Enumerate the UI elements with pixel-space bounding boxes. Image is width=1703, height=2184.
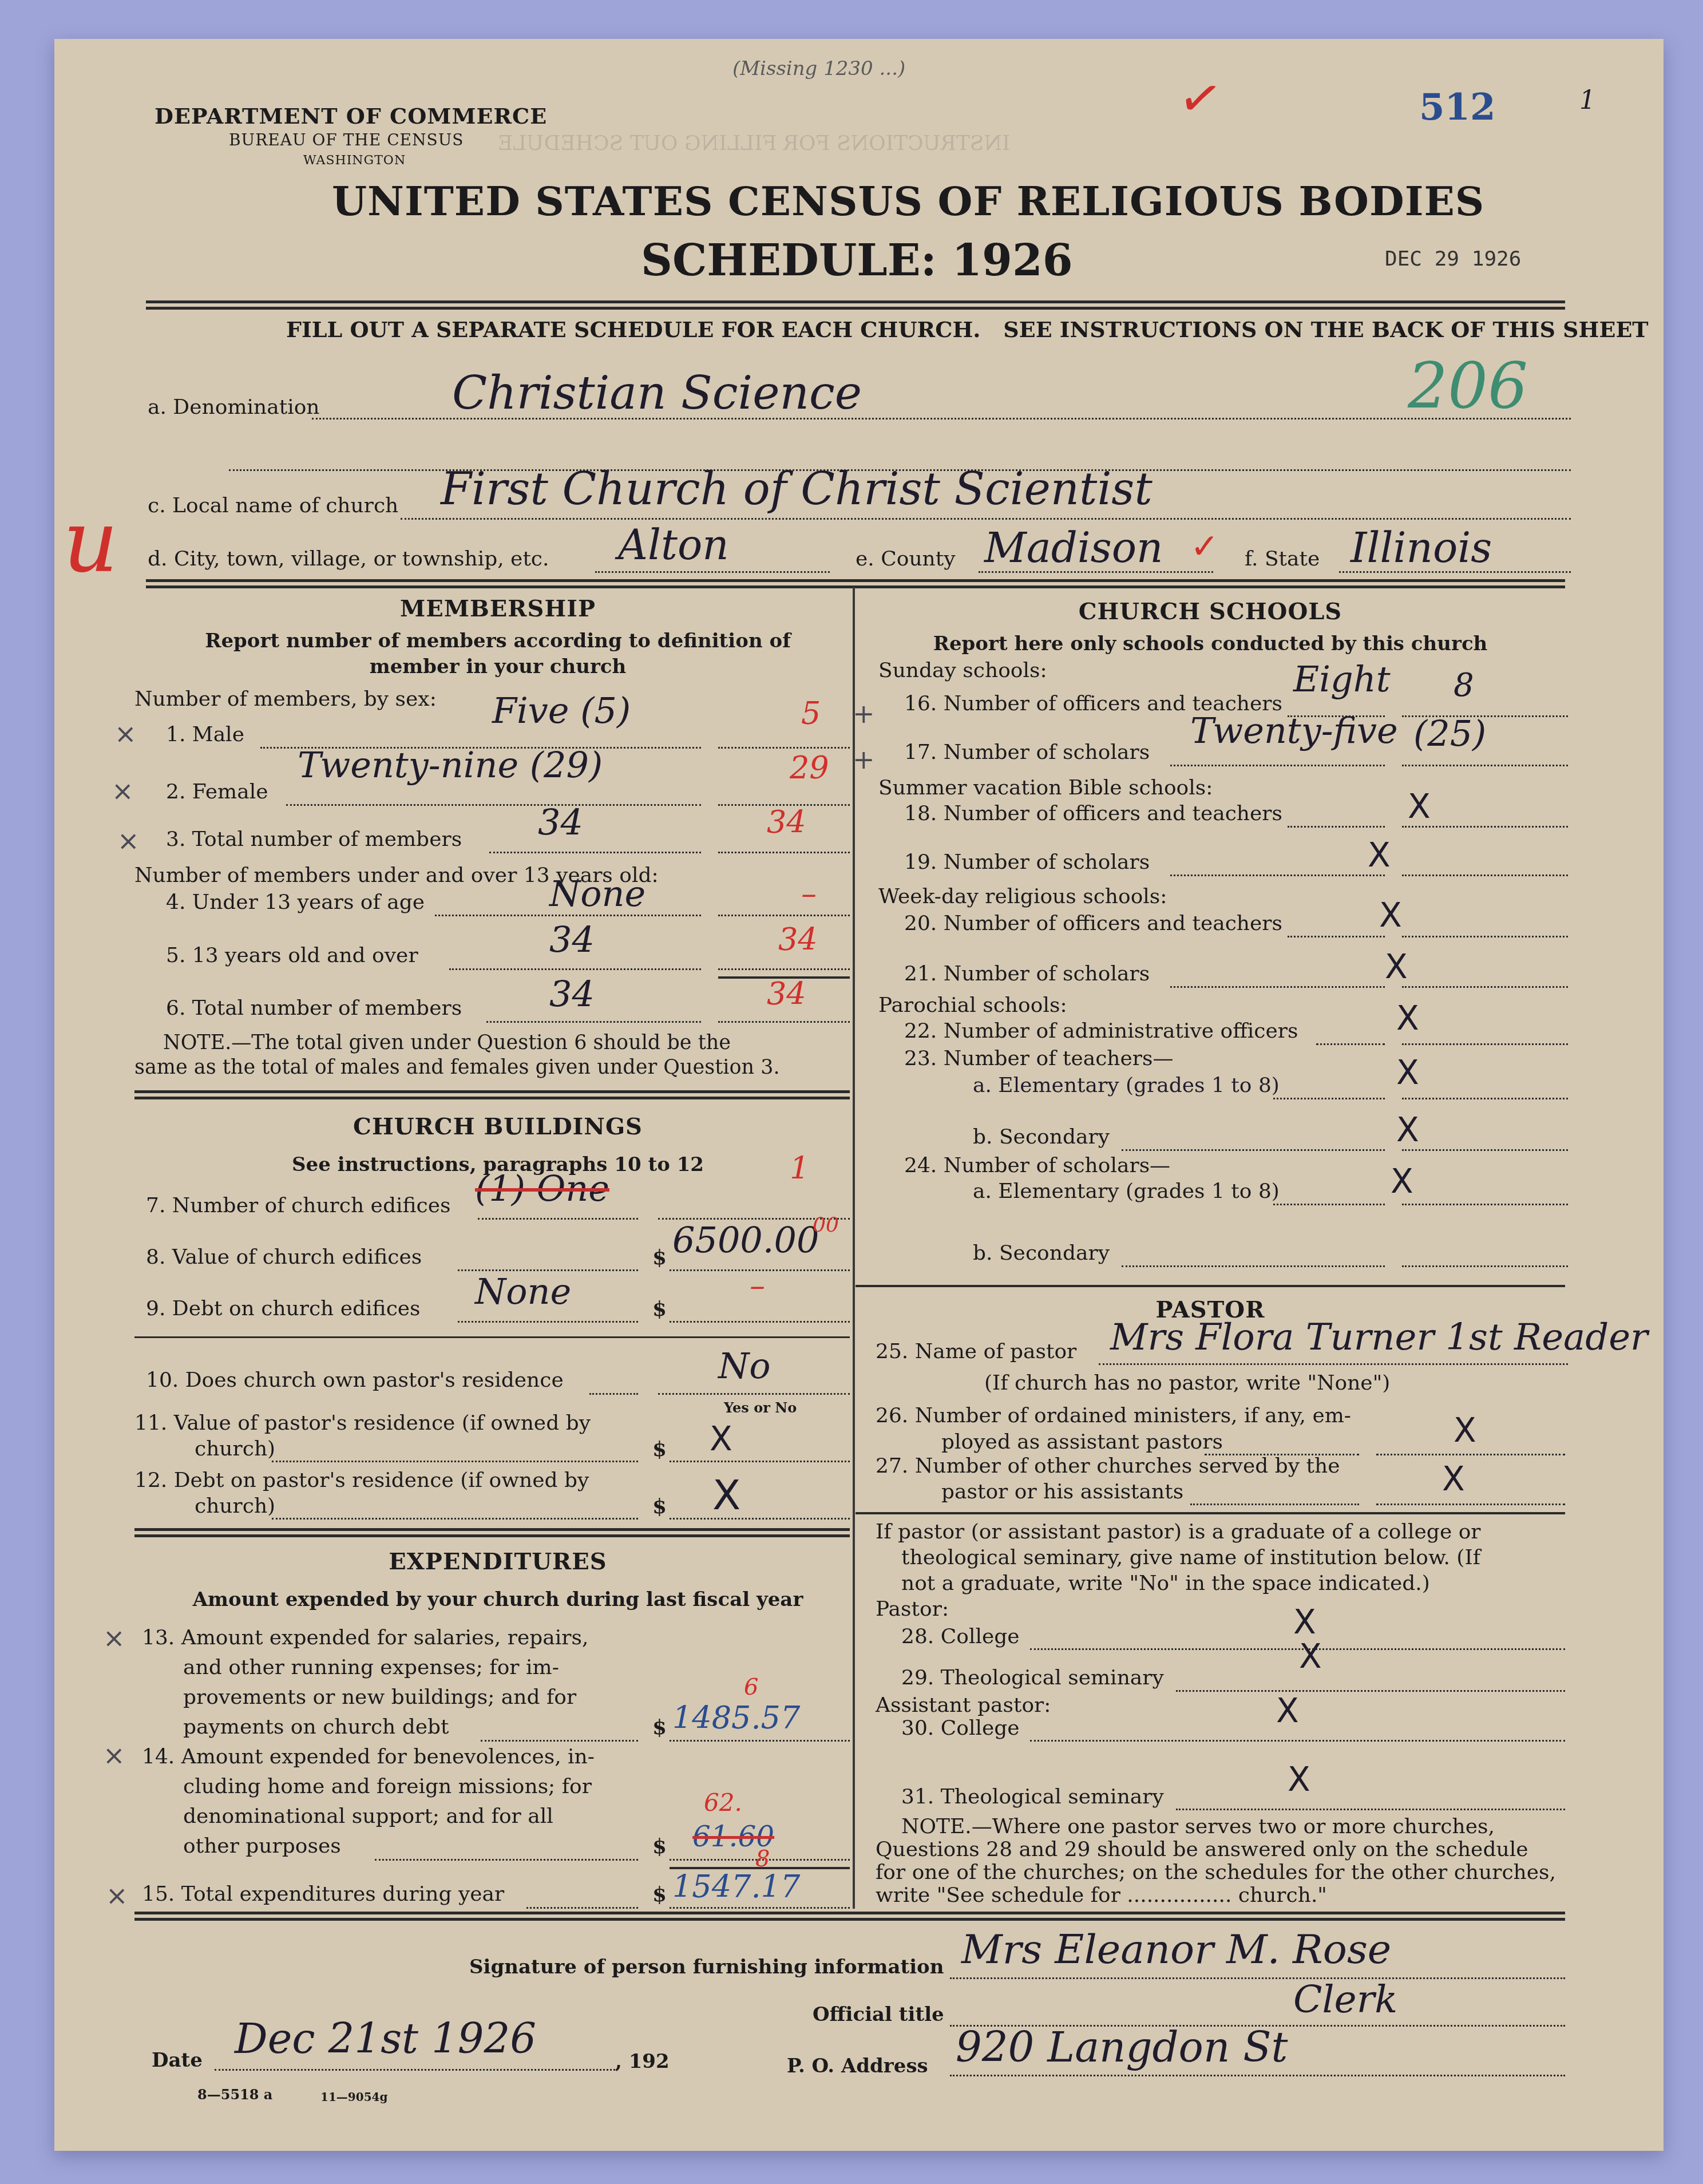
total-members-field[interactable]: 34: [538, 801, 583, 843]
q13-line-4: payments on church debt: [183, 1715, 449, 1740]
official-title-label: Official title: [813, 2002, 944, 2027]
denomination-label: a. Denomination: [148, 395, 320, 420]
over13-label: 5. 13 years old and over: [166, 943, 418, 968]
q18-label: 18. Number of officers and teachers: [904, 801, 1282, 826]
q19-label: 19. Number of scholars: [904, 850, 1150, 875]
edifices-debt-check: –: [750, 1268, 765, 1304]
q14-line: [375, 1859, 638, 1861]
q13-line-3: provements or new buildings; and for: [183, 1685, 576, 1710]
q24-label: 24. Number of scholars—: [904, 1153, 1170, 1178]
total-members-check: 34: [767, 804, 806, 840]
membership-subtitle-2: member in your church: [146, 655, 850, 678]
q15-amount-line: [670, 1907, 850, 1909]
male-field[interactable]: Five (5): [492, 690, 631, 731]
q27-answer-line: [1376, 1504, 1565, 1505]
total-members-6-check: 34: [767, 976, 806, 1012]
pastor-note-4: write "See schedule for ................…: [876, 1883, 1327, 1908]
sunday-schools-heading: Sunday schools:: [878, 658, 1047, 683]
address-line: [950, 2075, 1565, 2076]
membership-double-rule: [134, 1090, 850, 1099]
denomination-field[interactable]: Christian Science: [452, 366, 862, 420]
county-label: e. County: [856, 547, 956, 572]
q19-check-line: [1402, 875, 1568, 876]
residence-value-dollar: $: [652, 1437, 667, 1462]
edifices-debt-line: [458, 1321, 638, 1323]
pastor-note-2: Questions 28 and 29 should be answered o…: [876, 1837, 1528, 1862]
under13-label: 4. Under 13 years of age: [166, 890, 425, 915]
q21-check-line: [1402, 986, 1568, 988]
green-code: 206: [1408, 349, 1528, 422]
q28-label: 28. College: [901, 1624, 1020, 1649]
q23a-label: a. Elementary (grades 1 to 8): [973, 1073, 1280, 1098]
q14-line-3: denominational support; and for all: [183, 1804, 553, 1829]
edifices-value-field[interactable]: 6500.00: [672, 1219, 819, 1261]
q17-field[interactable]: Twenty-five: [1190, 710, 1398, 751]
q17-line: [1170, 765, 1385, 766]
q24a-line: [1273, 1204, 1385, 1205]
q15-line: [526, 1907, 638, 1909]
q23b-field[interactable]: X: [1396, 1110, 1419, 1149]
pencil-tick: +: [853, 744, 875, 775]
q24a-label: a. Elementary (grades 1 to 8): [973, 1179, 1280, 1204]
total-members-6-label: 6. Total number of members: [166, 996, 462, 1021]
summer-schools-heading: Summer vacation Bible schools:: [878, 776, 1213, 801]
q20-check-line: [1402, 936, 1568, 937]
under13-check-line: [718, 915, 850, 916]
date-field[interactable]: Dec 21st 1926: [235, 2015, 536, 2063]
official-title-field[interactable]: Clerk: [1293, 1977, 1397, 2021]
q17-label: 17. Number of scholars: [904, 740, 1150, 765]
over13-check: 34: [778, 921, 818, 958]
q21-line: [1170, 986, 1385, 988]
county-field[interactable]: Madison: [984, 524, 1163, 572]
state-field[interactable]: Illinois: [1350, 524, 1492, 572]
q22-check-line: [1402, 1043, 1568, 1045]
parochial-schools-heading: Parochial schools:: [878, 993, 1067, 1018]
q28-field[interactable]: X: [1293, 1603, 1316, 1641]
q24a-check-line: [1402, 1204, 1568, 1205]
department-heading: DEPARTMENT OF COMMERCE: [155, 103, 547, 129]
buildings-rule: [134, 1336, 850, 1338]
q25-label: 25. Name of pastor: [876, 1339, 1076, 1364]
address-label: P. O. Address: [787, 2054, 928, 2079]
edifices-value-check: 00: [813, 1213, 839, 1237]
q31-line: [1176, 1809, 1565, 1810]
date-line: [215, 2069, 615, 2071]
schools-rule: [856, 1285, 1565, 1287]
total-members-6-field[interactable]: 34: [549, 973, 595, 1015]
q15-correction: 8: [755, 1846, 770, 1872]
q13-dollar: $: [652, 1715, 667, 1740]
residence-value-amount-line: [670, 1461, 850, 1462]
grad-note-2: theological seminary, give name of insti…: [901, 1545, 1480, 1570]
under13-check: –: [801, 876, 817, 912]
q29-label: 29. Theological seminary: [901, 1665, 1164, 1691]
pencil-tick: ×: [106, 1880, 128, 1911]
form-code-1: 8—5518 a: [197, 2082, 272, 2107]
buildings-double-rule: [134, 1528, 850, 1537]
q27-line: [1190, 1504, 1359, 1505]
expenditures-title: EXPENDITURES: [146, 1548, 850, 1575]
under13-field[interactable]: None: [549, 873, 645, 915]
residence-debt-amount-line: [670, 1518, 850, 1520]
q20-label: 20. Number of officers and teachers: [904, 911, 1282, 936]
q26-field[interactable]: X: [1454, 1411, 1476, 1450]
county-checkmark: ✓: [1190, 527, 1219, 567]
q16-field[interactable]: Eight: [1293, 658, 1391, 700]
q14-line-4: other purposes: [183, 1834, 341, 1859]
female-field[interactable]: Twenty-nine (29): [298, 744, 603, 786]
edifices-count-label: 7. Number of church edifices: [146, 1193, 450, 1218]
pencil-tick: +: [853, 698, 875, 729]
q19-line: [1170, 875, 1385, 876]
over13-field[interactable]: 34: [549, 919, 595, 960]
q13-field[interactable]: 1485.57: [672, 1700, 800, 1736]
pastor-heading: Pastor:: [876, 1597, 949, 1622]
edifices-count-check: 1: [790, 1150, 809, 1186]
form-title: UNITED STATES CENSUS OF RELIGIOUS BODIES: [332, 177, 1484, 225]
total-members-6-check-line: [718, 1021, 850, 1023]
q15-field[interactable]: 1547.17: [672, 1869, 800, 1905]
pastor-rule: [856, 1512, 1565, 1514]
membership-subtitle-1: Report number of members according to de…: [146, 630, 850, 652]
q23b-label: b. Secondary: [973, 1125, 1110, 1150]
signature-label: Signature of person furnishing informati…: [469, 1954, 944, 1980]
buildings-title: CHURCH BUILDINGS: [146, 1113, 850, 1140]
residence-value-label-1: 11. Value of pastor's residence (if owne…: [134, 1411, 591, 1436]
total-members-label: 3. Total number of members: [166, 827, 462, 852]
received-date-stamp: DEC 29 1926: [1385, 247, 1521, 271]
instruction-banner: FILL OUT A SEPARATE SCHEDULE FOR EACH CH…: [286, 316, 1649, 342]
weekday-schools-heading: Week-day religious schools:: [878, 884, 1167, 909]
residence-debt-field[interactable]: X: [712, 1471, 740, 1519]
city-field[interactable]: Alton: [618, 521, 729, 569]
q25-hint: (If church has no pastor, write "None"): [984, 1371, 1390, 1396]
pastor-note-3: for one of the churches; on the schedule…: [876, 1860, 1556, 1885]
footer-double-rule: [134, 1912, 1565, 1921]
q15-label: 15. Total expenditures during year: [142, 1882, 504, 1907]
q17-check: (25): [1413, 713, 1486, 754]
q24a-field[interactable]: X: [1391, 1162, 1413, 1201]
edifices-count-field[interactable]: (1) One: [475, 1168, 609, 1209]
q31-label: 31. Theological seminary: [901, 1785, 1164, 1810]
over13-line: [449, 968, 701, 970]
signature-line: [950, 1977, 1565, 1979]
q26-label-1: 26. Number of ordained ministers, if any…: [876, 1403, 1351, 1429]
pencil-tick: ×: [103, 1623, 125, 1653]
q23b-line: [1122, 1149, 1385, 1151]
q25-line: [1099, 1363, 1568, 1365]
q23b-check-line: [1402, 1149, 1568, 1151]
header-double-rule: [146, 300, 1565, 310]
assistant-heading: Assistant pastor:: [876, 1693, 1051, 1718]
q27-label-1: 27. Number of other churches served by t…: [876, 1454, 1340, 1479]
female-check: 29: [790, 750, 829, 786]
q23a-field[interactable]: X: [1396, 1053, 1419, 1092]
residence-value-field[interactable]: X: [710, 1419, 732, 1458]
q31-field[interactable]: X: [1288, 1760, 1310, 1799]
schedule-title: SCHEDULE: 1926: [641, 235, 1073, 286]
q18-check-line: [1402, 826, 1568, 828]
q13-line-2: and other running expenses; for im-: [183, 1655, 559, 1680]
local-name-label: c. Local name of church: [148, 493, 398, 519]
pencil-note: (Missing 1230 ...): [732, 57, 905, 80]
signature-field[interactable]: Mrs Eleanor M. Rose: [961, 1926, 1391, 1973]
q30-label: 30. College: [901, 1716, 1020, 1741]
residence-value-line: [272, 1461, 638, 1462]
edifices-debt-dollar: $: [652, 1296, 667, 1322]
q14-dollar: $: [652, 1834, 667, 1859]
address-field[interactable]: 920 Langdon St: [956, 2023, 1288, 2071]
q13-amount-line: [670, 1740, 850, 1742]
pencil-tick: ×: [112, 776, 134, 806]
edifices-value-label: 8. Value of church edifices: [146, 1245, 422, 1270]
stamp-number: 512: [1419, 86, 1496, 129]
q25-field[interactable]: Mrs Flora Turner 1st Reader: [1110, 1316, 1648, 1359]
q13-line: [481, 1740, 638, 1742]
q14-line-2: cluding home and foreign missions; for: [183, 1774, 592, 1799]
under13-line: [435, 915, 701, 916]
by-sex-label: Number of members, by sex:: [134, 687, 437, 712]
pencil-tick: ×: [114, 718, 137, 749]
q18-field[interactable]: X: [1408, 787, 1431, 826]
edifices-count-line: [478, 1218, 638, 1220]
owns-residence-answer-line: [658, 1393, 850, 1395]
total-members-check-line: [718, 852, 850, 853]
pencil-tick: ×: [103, 1740, 125, 1771]
local-name-line: [401, 518, 1571, 520]
q24b-label: b. Secondary: [973, 1241, 1110, 1266]
male-label: 1. Male: [166, 722, 244, 747]
total-members-line: [489, 852, 701, 853]
owns-residence-line: [589, 1393, 638, 1395]
total-members-6-line: [486, 1021, 701, 1023]
city-line: [595, 571, 830, 573]
q24b-line: [1122, 1265, 1385, 1267]
over13-check-line: [718, 968, 850, 970]
red-margin-mark: u: [63, 492, 118, 592]
corner-mark: 1: [1579, 86, 1595, 115]
q27-label-2: pastor or his assistants: [941, 1479, 1183, 1505]
residence-debt-line: [272, 1518, 638, 1520]
bureau-heading: BUREAU OF THE CENSUS: [229, 130, 464, 149]
residence-value-label-2: church): [195, 1437, 275, 1462]
q26-label-2: ployed as assistant pastors: [941, 1430, 1223, 1455]
grad-note-3: not a graduate, write "No" in the space …: [901, 1571, 1430, 1596]
date-label: Date: [152, 2048, 203, 2073]
q23a-line: [1273, 1098, 1385, 1099]
q14-line-1: 14. Amount expended for benevolences, in…: [142, 1744, 595, 1770]
q13-correction: 6: [744, 1674, 758, 1700]
membership-title: MEMBERSHIP: [146, 595, 850, 622]
bleedthrough-heading: INSTRUCTIONS FOR FILLING OUT SCHEDULE: [498, 132, 1010, 155]
residence-debt-label-1: 12. Debt on pastor's residence (if owned…: [134, 1468, 589, 1493]
female-line: [286, 804, 701, 806]
owns-residence-field[interactable]: No: [718, 1345, 771, 1387]
q19-field[interactable]: X: [1368, 836, 1391, 875]
state-label: f. State: [1245, 547, 1320, 572]
male-check: 5: [801, 695, 821, 731]
q15-dollar: $: [652, 1882, 667, 1907]
identity-double-rule: [146, 579, 1565, 588]
yes-or-no-hint: Yes or No: [724, 1395, 797, 1421]
membership-note-1: NOTE.—The total given under Question 6 s…: [163, 1030, 731, 1055]
schools-title: CHURCH SCHOOLS: [856, 598, 1565, 625]
edifices-debt-amount-line: [670, 1321, 850, 1323]
q22-field[interactable]: X: [1396, 999, 1419, 1038]
pastor-note-1: NOTE.—Where one pastor serves two or mor…: [901, 1814, 1495, 1839]
q18-line: [1288, 826, 1385, 828]
q14-correction: 62.: [704, 1789, 742, 1817]
q29-line: [1176, 1690, 1565, 1692]
local-name-field[interactable]: First Church of Christ Scientist: [441, 464, 1153, 515]
edifices-debt-label: 9. Debt on church edifices: [146, 1296, 421, 1322]
q24b-check-line: [1402, 1265, 1568, 1267]
edifices-debt-field[interactable]: None: [475, 1271, 571, 1312]
q22-label: 22. Number of administrative officers: [904, 1019, 1298, 1044]
pencil-tick: ×: [117, 825, 140, 856]
q21-field[interactable]: X: [1385, 947, 1408, 986]
q30-field[interactable]: X: [1276, 1691, 1299, 1730]
q29-field[interactable]: X: [1299, 1637, 1322, 1676]
q22-line: [1316, 1043, 1385, 1045]
date-suffix: , 192: [615, 2049, 670, 2074]
owns-residence-label: 10. Does church own pastor's residence: [146, 1368, 564, 1393]
edifices-value-dollar: $: [652, 1245, 667, 1270]
q27-field[interactable]: X: [1442, 1459, 1465, 1498]
q13-line-1: 13. Amount expended for salaries, repair…: [142, 1625, 588, 1651]
residence-debt-dollar: $: [652, 1494, 667, 1519]
form-code-2: 11—9054g: [320, 2084, 387, 2110]
q16-check: 8: [1454, 667, 1474, 704]
q26-answer-line: [1376, 1454, 1565, 1455]
q20-line: [1288, 936, 1385, 937]
column-divider: [853, 587, 855, 1909]
expenditures-subtitle: Amount expended by your church during la…: [146, 1588, 850, 1611]
city-label: d. City, town, village, or township, etc…: [148, 547, 549, 572]
q21-label: 21. Number of scholars: [904, 962, 1150, 987]
city-heading: WASHINGTON: [303, 153, 406, 168]
female-label: 2. Female: [166, 780, 268, 805]
schools-subtitle: Report here only schools conducted by th…: [856, 632, 1565, 655]
q28-line: [1030, 1648, 1565, 1650]
q17-check-line: [1402, 765, 1568, 766]
q23a-check-line: [1402, 1098, 1568, 1099]
q23-label: 23. Number of teachers—: [904, 1046, 1174, 1071]
membership-note-2: same as the total of males and females g…: [134, 1055, 780, 1080]
q30-line: [1030, 1740, 1565, 1742]
grad-note-1: If pastor (or assistant pastor) is a gra…: [876, 1520, 1481, 1545]
residence-debt-label-2: church): [195, 1494, 275, 1519]
male-check-line: [718, 747, 850, 749]
q20-field[interactable]: X: [1379, 896, 1402, 935]
